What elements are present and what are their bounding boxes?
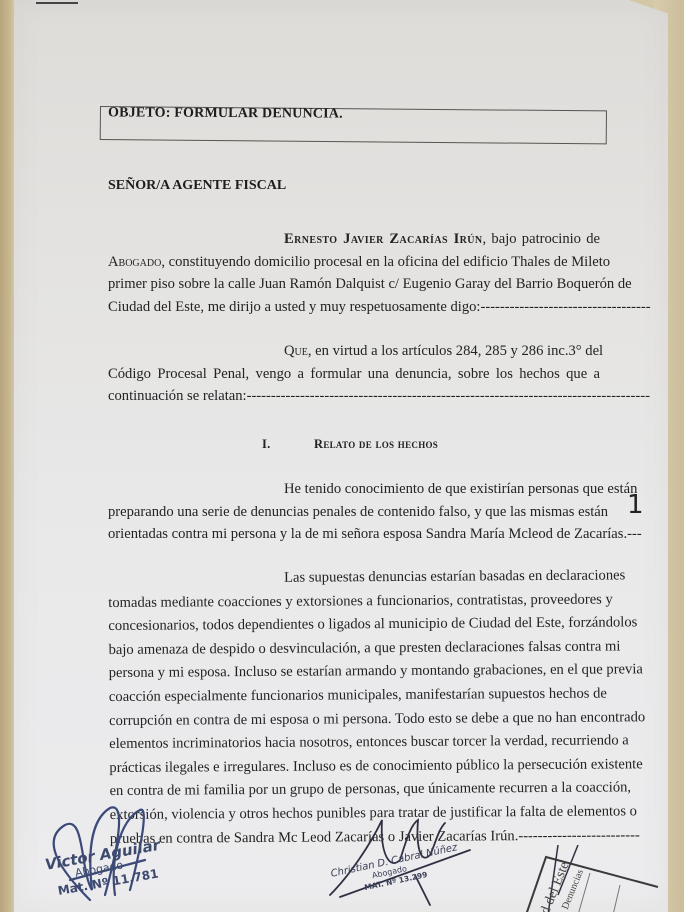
addressee-heading: SEÑOR/A AGENTE FISCAL	[108, 178, 286, 194]
paragraph-line: prácticas ilegales e irregulares. Inclus…	[109, 753, 607, 780]
paragraph-line: continuación se relatan:----------------…	[108, 385, 600, 408]
paragraph-line: orientadas contra mi persona y la de mi …	[108, 523, 600, 546]
paragraph-line: Las supuestas denuncias estarían basadas…	[108, 565, 606, 592]
paragraph-line: corrupción en contra de mi esposa o mi p…	[109, 706, 607, 733]
que-term: Que	[284, 343, 308, 359]
paragraph-line: Abogado, constituyendo domicilio procesa…	[108, 251, 600, 274]
section-heading: I.Relato de los hechos	[262, 437, 438, 452]
paragraph-line: Código Procesal Penal, vengo a formular …	[108, 363, 600, 386]
paragraph-line: primer piso sobre la calle Juan Ramón Da…	[108, 273, 600, 296]
paragraph-legal-basis: Que, en virtud a los artículos 284, 285 …	[108, 340, 600, 408]
paragraph-line: coacción especialmente funcionarios muni…	[109, 682, 607, 709]
paragraph-line: preparando una serie de denuncias penale…	[108, 501, 600, 524]
paragraph-line: Que, en virtud a los artículos 284, 285 …	[108, 340, 600, 363]
complainant-name: Ernesto Javier Zacarías Irún	[284, 231, 483, 247]
paragraph-line: He tenido conocimiento de que existirían…	[108, 478, 600, 501]
paragraph-line: Ciudad del Este, me dirijo a usted y muy…	[108, 296, 600, 319]
paragraph-line: elementos incriminatorios hacia nosotros…	[109, 730, 607, 757]
section-number: I.	[262, 437, 314, 452]
paragraph-line: concesionarios, todos dependientes o lig…	[108, 612, 606, 639]
paragraph-line: tomadas mediante coacciones y extorsione…	[108, 588, 606, 615]
page-number: 1	[627, 490, 644, 520]
top-edge-mark	[36, 2, 78, 5]
paragraph-line: persona y mi esposa. Incluso se estarían…	[109, 659, 607, 686]
paragraph-line: Ernesto Javier Zacarías Irún, bajo patro…	[108, 228, 600, 251]
object-title: OBJETO: FORMULAR DENUNCIA.	[108, 105, 343, 122]
reception-stamp: d del Este Denuncias	[518, 845, 668, 912]
section-title: Relato de los hechos	[314, 437, 438, 451]
abogado-term: Abogado	[108, 254, 161, 270]
paragraph-introduction: Ernesto Javier Zacarías Irún, bajo patro…	[108, 228, 600, 318]
paragraph-facts-1: He tenido conocimiento de que existirían…	[108, 478, 600, 546]
paragraph-line: bajo amenaza de despido o desvinculación…	[108, 635, 606, 662]
